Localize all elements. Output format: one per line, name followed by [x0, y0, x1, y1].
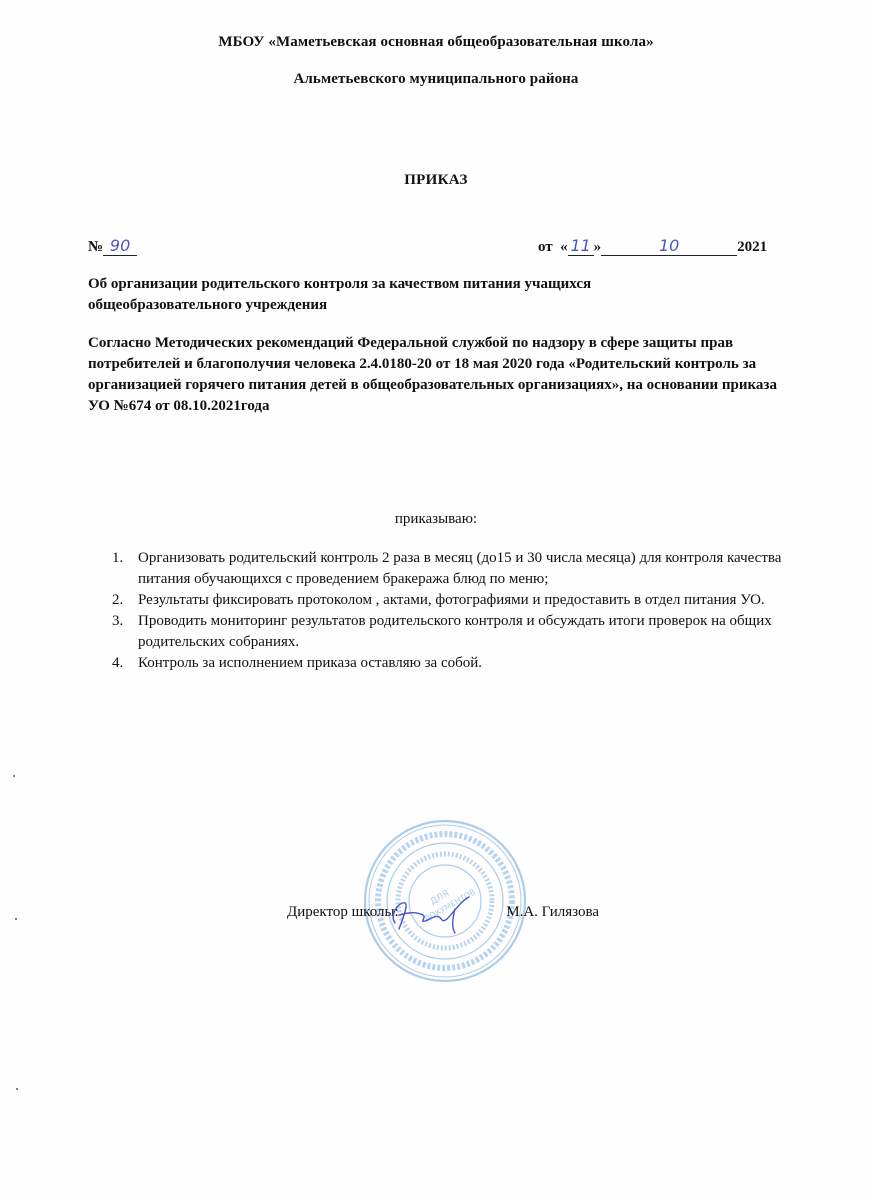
order-item: 1. Организовать родительский контроль 2 … [112, 548, 802, 590]
order-verb: приказываю: [0, 511, 872, 528]
scan-speck [15, 918, 17, 920]
signatory-name: М.А. Гилязова [506, 904, 599, 920]
order-item: 3. Проводить мониторинг результатов роди… [112, 611, 802, 653]
organization-district: Альметьевского муниципального района [0, 71, 872, 88]
scan-speck [13, 775, 15, 777]
order-number-date-row: №90 от «11»102021 [88, 237, 788, 259]
date-close-quote: » [594, 239, 602, 255]
number-label: № [88, 239, 103, 255]
item-text: Организовать родительский контроль 2 раз… [138, 550, 781, 587]
order-number: №90 [88, 237, 137, 256]
signatory-position: Директор школы: [287, 904, 399, 920]
document-title: ПРИКАЗ [0, 172, 872, 189]
order-subject: Об организации родительского контроля за… [88, 274, 698, 316]
item-text: Контроль за исполнением приказа оставляю… [138, 655, 482, 671]
number-value: 90 [103, 237, 137, 256]
item-number: 3. [112, 611, 123, 632]
order-date: от «11»102021 [538, 237, 767, 256]
order-items-list: 1. Организовать родительский контроль 2 … [112, 548, 802, 674]
item-number: 1. [112, 548, 123, 569]
order-item: 2. Результаты фиксировать протоколом , а… [112, 590, 802, 611]
item-number: 2. [112, 590, 123, 611]
order-basis: Согласно Методических рекомендаций Федер… [88, 333, 798, 417]
scan-speck [16, 1088, 18, 1090]
order-item: 4. Контроль за исполнением приказа остав… [112, 653, 802, 674]
item-number: 4. [112, 653, 123, 674]
item-text: Результаты фиксировать протоколом , акта… [138, 592, 765, 608]
date-open-quote: « [560, 239, 568, 255]
date-month: 10 [601, 237, 737, 256]
organization-name: МБОУ «Маметьевская основная общеобразова… [0, 34, 872, 51]
signature-icon [385, 893, 477, 935]
date-year: 2021 [737, 239, 767, 255]
document-page: МБОУ «Маметьевская основная общеобразова… [0, 0, 872, 1200]
item-text: Проводить мониторинг результатов родител… [138, 613, 772, 650]
date-prefix: от [538, 239, 553, 255]
date-day: 11 [568, 237, 594, 256]
